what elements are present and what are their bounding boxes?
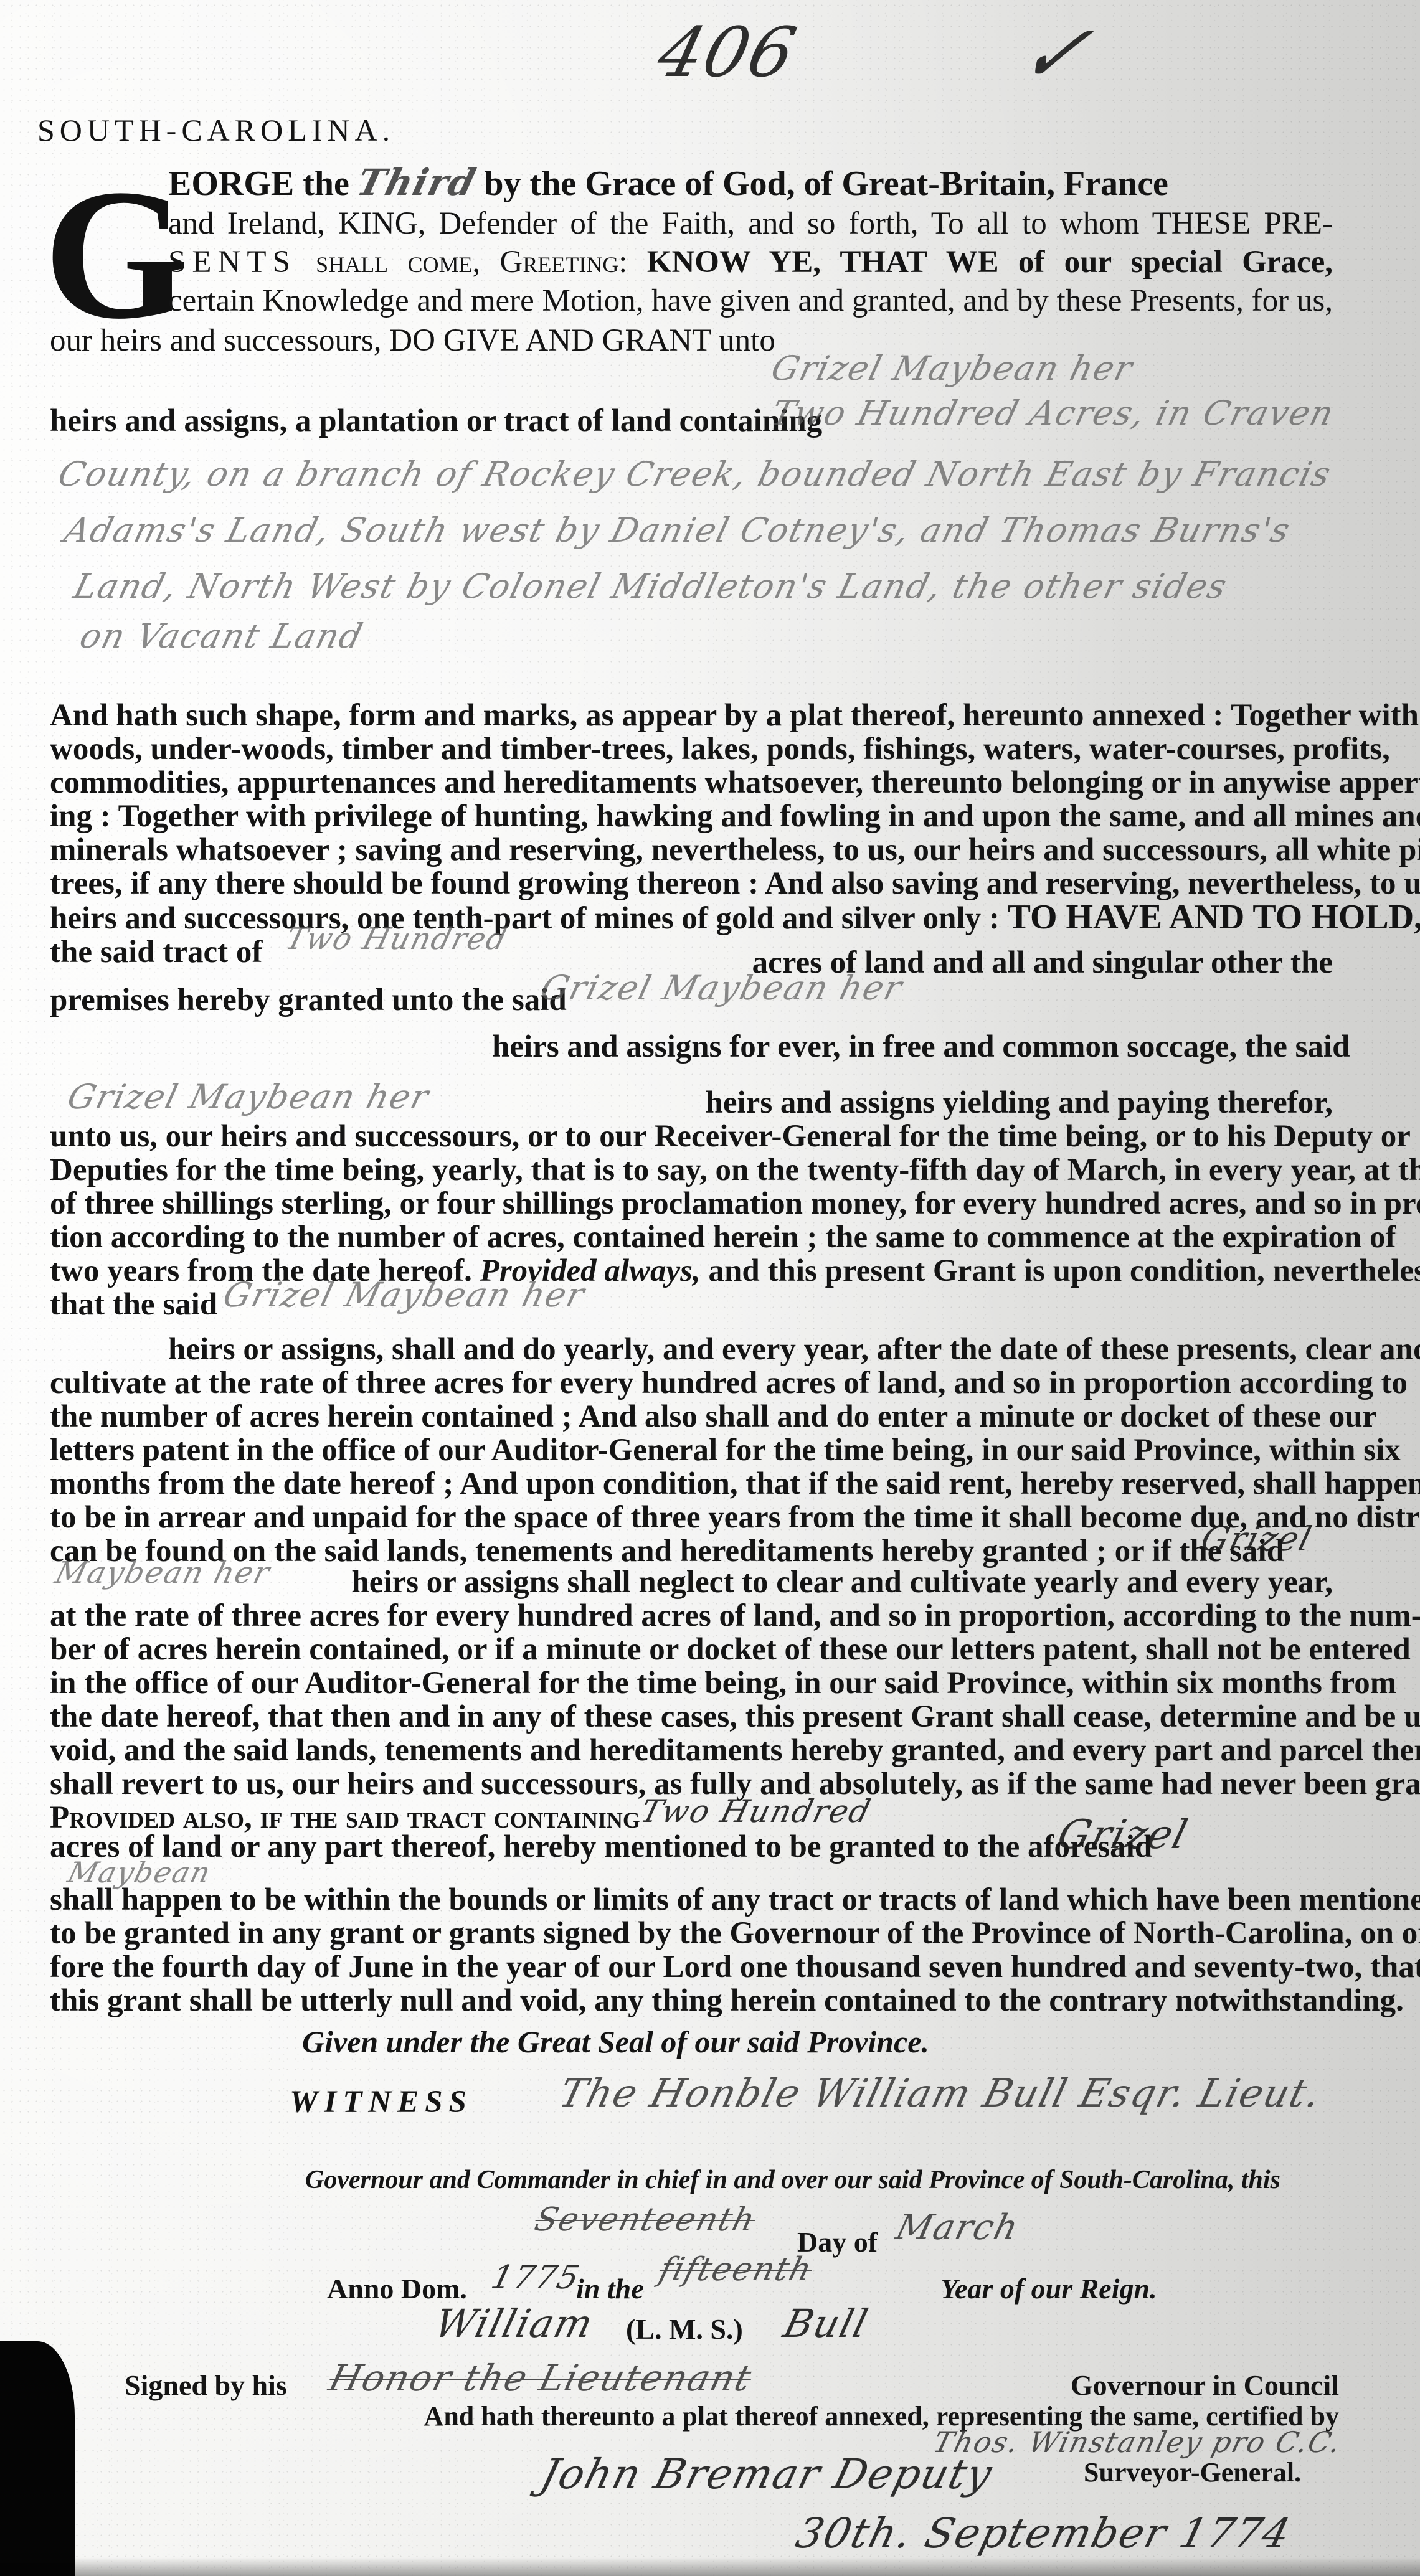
body-line: minerals whatsoever ; saving and reservi… [50,831,1333,869]
reign-handwritten: fifteenth [656,2251,817,2288]
deputy-signature: John Bremar Deputy [536,2450,997,2498]
body-line: to be granted in any grant or grants sig… [50,1914,1333,1953]
neglect-line: heirs or assigns shall neglect to clear … [50,1563,1333,1602]
preamble-line-5: our heirs and successours, DO GIVE AND G… [50,321,1333,360]
handwritten-regnal: Third [353,163,480,202]
preamble-line-2: and Ireland, KING, Defender of the Faith… [168,204,1333,243]
body-line: tion according to the number of acres, c… [50,1218,1333,1257]
body-line: in the office of our Auditor-General for… [50,1664,1333,1702]
seal-lms: (L. M. S.) [626,2310,800,2349]
signed-by-label: Signed by his [125,2366,311,2405]
witness-label: WITNESS [290,2083,539,2121]
preamble-text: KNOW YE, THAT WE of our special Grace, [647,245,1333,280]
reign-label: Year of our Reign. [940,2270,1252,2308]
preamble-text: by the Grace of God, of Great-Britain, F… [484,164,1168,203]
body-line: woods, under-woods, timber and timber-tr… [50,730,1333,768]
body-line: ing : Together with privilege of hunting… [50,797,1333,836]
body-line: cultivate at the rate of three acres for… [50,1364,1333,1402]
surveyor-general-label: Surveyor-General. [1084,2453,1345,2492]
acres-amount-2: Two Hundred [637,1793,875,1829]
body-line: unto us, our heirs and successours, or t… [50,1117,1333,1156]
grantee-name-2: Grizel Maybean her [537,968,907,1007]
body-line: letters patent in the office of our Audi… [50,1431,1333,1470]
signed-by-handwritten: Honor the Lieutenant [325,2357,757,2399]
witness-name: The Honble William Bull Esqr. Lieut. [555,2070,1327,2116]
governour-line: Governour and Commander in chief in and … [305,2161,1420,2199]
month-handwritten: March [892,2207,1023,2248]
tract-description-1: Two Hundred Acres, in Craven [767,394,1338,433]
scan-bottom-edge [0,2557,1420,2576]
grantee-name-1: Grizel Maybean her [767,349,1137,388]
body-line: commodities, appurtenances and hereditam… [50,763,1333,802]
body-text: the said [1245,1029,1350,1064]
year-handwritten: 1775 [488,2259,584,2296]
body-line: fore the fourth day of June in the year … [50,1948,1333,1986]
preamble-text: SENTS [168,245,296,280]
soccage-line: heirs and assigns for ever, in free and … [492,1027,1333,1066]
grantee-name-5a: Grizel [1197,1519,1317,1559]
document-heading: SOUTH-CAROLINA. [37,112,395,148]
drop-cap: G [44,161,189,347]
signature-first: William [430,2301,599,2346]
tract-description-2: County, on a branch of Rockey Creek, bou… [54,455,1335,494]
body-text: heirs and assigns for ever, in free and … [492,1029,1237,1064]
tract-description-4: Land, North West by Colonel Middleton's … [70,567,1231,606]
body-line: the number of acres herein contained ; A… [50,1397,1333,1436]
preamble-line-1: EORGE the Third by the Grace of God, of … [168,163,1333,203]
body-line: of three shillings sterling, or four shi… [50,1184,1333,1223]
preamble-line-3: SENTS shall come, Greeting: KNOW YE, THA… [168,243,1333,281]
body-line: And hath such shape, form and marks, as … [50,696,1333,735]
preamble-text: EORGE the [168,164,349,203]
reign-value: fifteenth [656,2251,817,2288]
body-line: Deputies for the time being, yearly, tha… [50,1151,1333,1189]
body-line: trees, if any there should be found grow… [50,864,1333,903]
body-line: months from the date hereof ; And upon c… [50,1465,1333,1503]
heirs-shall-line: heirs or assigns, shall and do yearly, a… [168,1330,1333,1369]
body-line: ber of acres herein contained, or if a m… [50,1630,1333,1669]
tract-description-5: on Vacant Land [76,616,367,656]
grantee-name-6a: Grizel [1053,1812,1193,1858]
day-value: Seventeenth [531,2201,760,2239]
body-line: at the rate of three acres for every hun… [50,1597,1333,1635]
page-number: 406 [650,12,805,92]
signature-last: Bull [779,2301,873,2346]
body-line: heirs and successours, one tenth-part of… [50,898,1333,938]
body-line: the date hereof, that then and in any of… [50,1697,1333,1736]
body-text: the number of acres herein contained ; A… [50,1399,1376,1434]
scan-shadow [0,2341,75,2576]
body-text: heirs and successours, one tenth-part of… [50,901,1000,936]
body-text: and this present Grant is upon condition… [709,1253,1420,1288]
preamble-line-4: certain Knowledge and mere Motion, have … [168,281,1333,320]
to-have-and-to-hold: TO HAVE AND TO HOLD, [1008,898,1420,937]
body-line: void, and the said lands, tenements and … [50,1731,1333,1770]
grantee-name-4: Grizel Maybean her [219,1275,589,1314]
tract-description-3: Adams's Land, South west by Daniel Cotne… [60,511,1295,550]
certification-date: 30th. September 1774 [791,2509,1296,2557]
signed-by-value: Honor the Lieutenant [325,2357,757,2399]
body-line: shall happen to be within the bounds or … [50,1880,1333,1919]
preamble-text: shall come, Greeting: [316,245,627,280]
day-handwritten: Seventeenth [531,2201,760,2239]
yielding-line: heirs and assigns yielding and paying th… [50,1083,1333,1122]
body-line: to be in arrear and unpaid for the space… [50,1498,1333,1537]
body-line: this grant shall be utterly null and voi… [50,1981,1333,2020]
great-seal-line: Given under the Great Seal of our said P… [302,2022,1420,2061]
